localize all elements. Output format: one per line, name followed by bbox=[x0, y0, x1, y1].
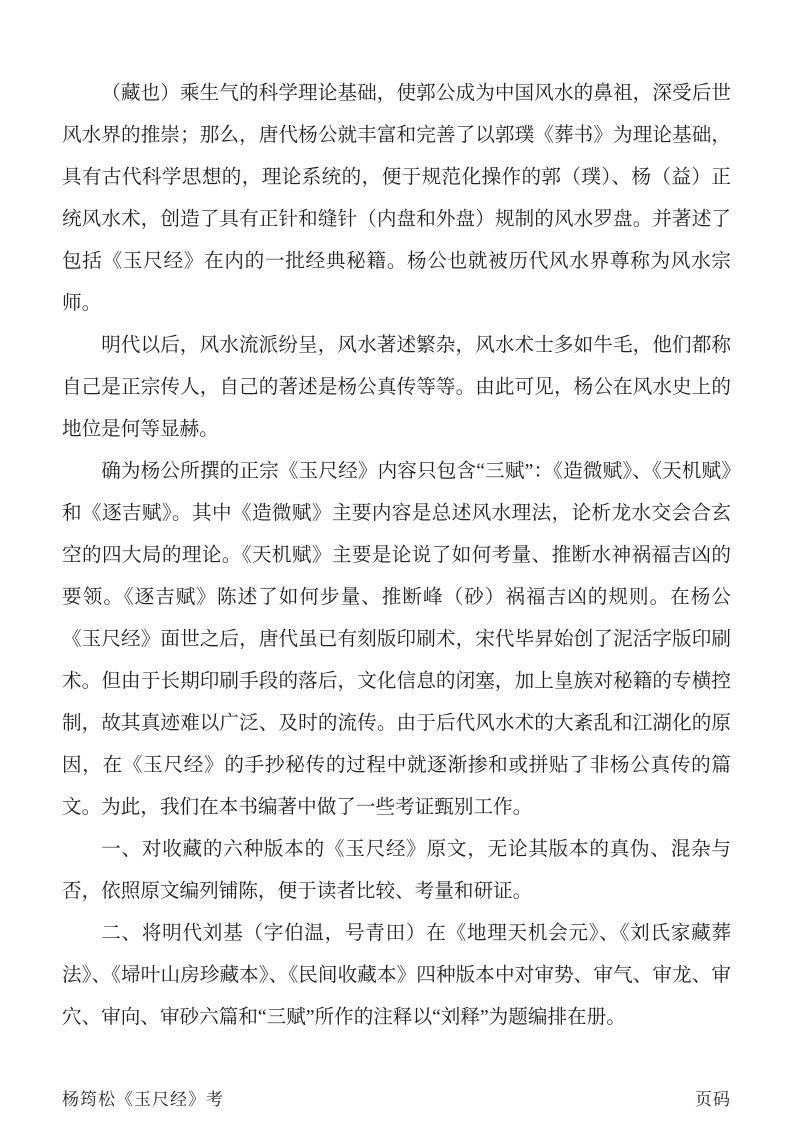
page-body-text: （藏也）乘生气的科学理论基础，使郭公成为中国风水的鼻祖，深受后世风水界的推崇；那… bbox=[62, 73, 731, 1039]
paragraph: 一、对收藏的六种版本的《玉尺经》原文，无论其版本的真伪、混杂与否，依照原文编列铺… bbox=[62, 829, 731, 913]
paragraph: 二、将明代刘基（字伯温，号青田）在《地理天机会元》、《刘氏家藏葬法》、《埽叶山房… bbox=[62, 913, 731, 1039]
paragraph: （藏也）乘生气的科学理论基础，使郭公成为中国风水的鼻祖，深受后世风水界的推崇；那… bbox=[62, 73, 731, 325]
paragraph: 确为杨公所撰的正宗《玉尺经》内容只包含“三赋”：《造微赋》、《天机赋》和《逐吉赋… bbox=[62, 451, 731, 829]
footer-book-title: 杨筠松《玉尺经》考 bbox=[62, 1085, 224, 1110]
page-footer: 杨筠松《玉尺经》考 页码 bbox=[62, 1085, 731, 1110]
paragraph: 明代以后，风水流派纷呈，风水著述繁杂，风水术士多如牛毛，他们都称自己是正宗传人，… bbox=[62, 325, 731, 451]
document-page: （藏也）乘生气的科学理论基础，使郭公成为中国风水的鼻祖，深受后世风水界的推崇；那… bbox=[0, 0, 793, 1122]
footer-page-number: 页码 bbox=[695, 1085, 731, 1110]
